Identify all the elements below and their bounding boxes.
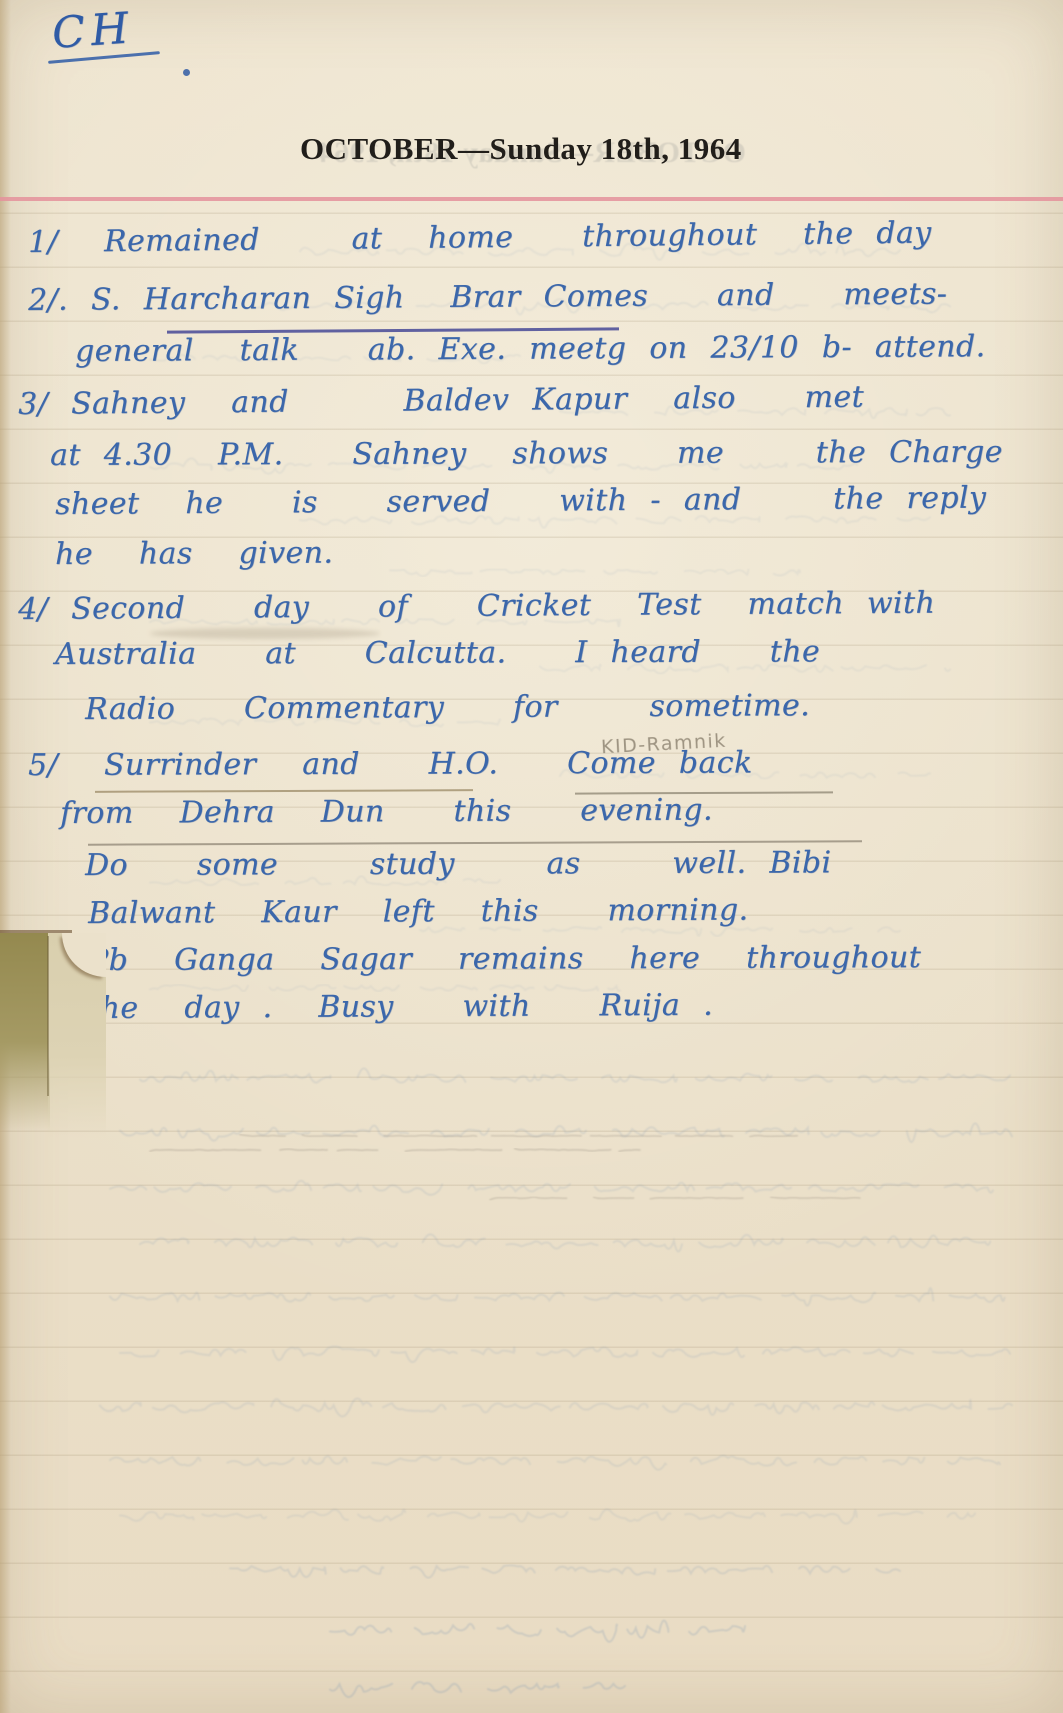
diary-line: Pb Ganga Sagar remains here throughout [88, 940, 921, 978]
diary-line: general talk ab. Exe. meetg on 23/10 b- … [75, 329, 986, 369]
diary-line: sheet he is served with - and the reply [55, 480, 986, 521]
page-title: OCTOBER—Sunday 18th, 1964 [300, 131, 760, 167]
diary-line: from Dehra Dun this evening. [60, 793, 713, 831]
ink-dot [183, 69, 190, 76]
ink-smudge [150, 628, 380, 639]
diary-line: 2/. S. Harcharan Sigh Brar Comes and mee… [28, 277, 947, 318]
diary-line: 3/ Sahney and Baldev Kapur also met [18, 380, 864, 422]
diary-page: OCTOBER—Sunday 18th, 1964 OCTOBER—Sunday… [0, 0, 1063, 1713]
page-left-edge [0, 0, 11, 1713]
diary-line: Radio Commentary for sometime. [85, 688, 810, 727]
header-rule [0, 197, 1063, 201]
diary-line: Australia at Calcutta. I heard the [55, 634, 820, 672]
diary-line: 4/ Second day of Cricket Test match with [18, 586, 935, 627]
diary-line: Balwant Kaur left this morning. [88, 893, 749, 931]
diary-line: Do some study as well. Bibi [85, 845, 831, 883]
diary-line: the day . Busy with Ruija . [88, 988, 713, 1026]
tape-crease [47, 936, 49, 1096]
diary-line: at 4.30 P.M. Sahney shows me the Charge [50, 435, 1003, 473]
tape-patch [0, 933, 50, 1131]
diary-line: he has given. [55, 536, 333, 572]
corner-mark: CH [50, 3, 136, 59]
